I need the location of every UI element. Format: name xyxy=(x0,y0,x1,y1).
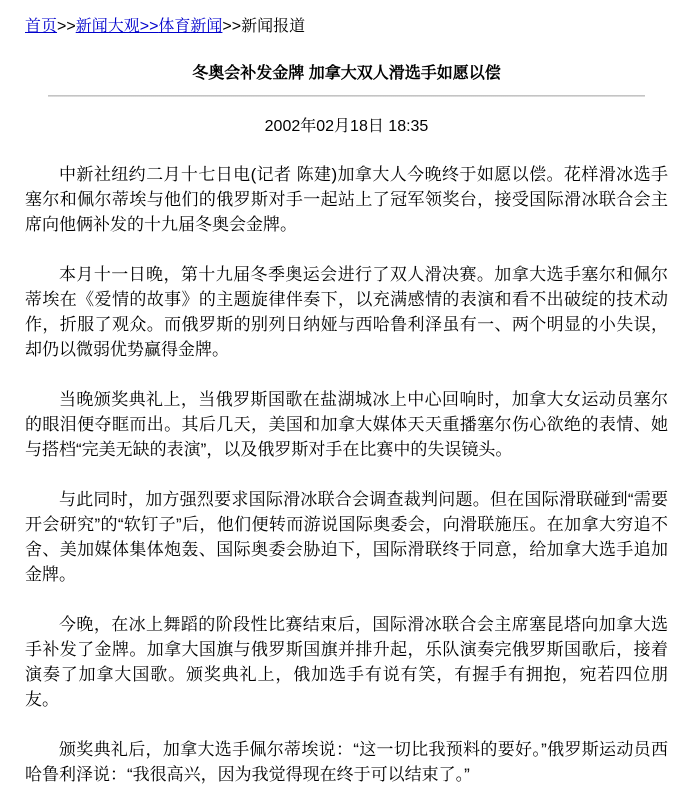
article-body: 中新社纽约二月十七日电(记者 陈建)加拿大人今晚终于如愿以偿。花样滑冰选手塞尔和… xyxy=(25,162,668,787)
breadcrumb-link-news-overview[interactable]: 新闻大观 xyxy=(76,18,140,35)
article-date: 2002年02月18日 18:35 xyxy=(25,117,668,137)
breadcrumb-separator-3: >> xyxy=(222,18,241,35)
article-paragraph-6: 颁奖典礼后，加拿大选手佩尔蒂埃说：“这一切比我预料的要好。”俄罗斯运动员西哈鲁利… xyxy=(25,737,668,787)
article-paragraph-1: 中新社纽约二月十七日电(记者 陈建)加拿大人今晚终于如愿以偿。花样滑冰选手塞尔和… xyxy=(25,162,668,237)
article-paragraph-2: 本月十一日晚，第十九届冬季奥运会进行了双人滑决赛。加拿大选手塞尔和佩尔蒂埃在《爱… xyxy=(25,262,668,362)
breadcrumb-link-sports-news[interactable]: 体育新闻 xyxy=(158,18,222,35)
article-title: 冬奥会补发金牌 加拿大双人滑选手如愿以偿 xyxy=(25,64,668,84)
breadcrumb: 首页>>新闻大观>>体育新闻>>新闻报道 xyxy=(25,16,668,38)
news-article-page: 首页>>新闻大观>>体育新闻>>新闻报道 冬奥会补发金牌 加拿大双人滑选手如愿以… xyxy=(0,0,690,811)
breadcrumb-separator-1: >> xyxy=(57,18,76,35)
article-paragraph-4: 与此同时，加方强烈要求国际滑冰联合会调查裁判问题。但在国际滑联碰到“需要开会研究… xyxy=(25,487,668,587)
article-paragraph-5: 今晚，在冰上舞蹈的阶段性比赛结束后，国际滑冰联合会主席塞昆塔向加拿大选手补发了金… xyxy=(25,612,668,712)
breadcrumb-separator-2[interactable]: >> xyxy=(140,18,159,35)
article-paragraph-3: 当晚颁奖典礼上，当俄罗斯国歌在盐湖城冰上中心回响时，加拿大女运动员塞尔的眼泪便夺… xyxy=(25,387,668,462)
title-divider xyxy=(48,95,646,97)
breadcrumb-current-page: 新闻报道 xyxy=(241,18,305,35)
breadcrumb-link-home[interactable]: 首页 xyxy=(25,18,57,35)
